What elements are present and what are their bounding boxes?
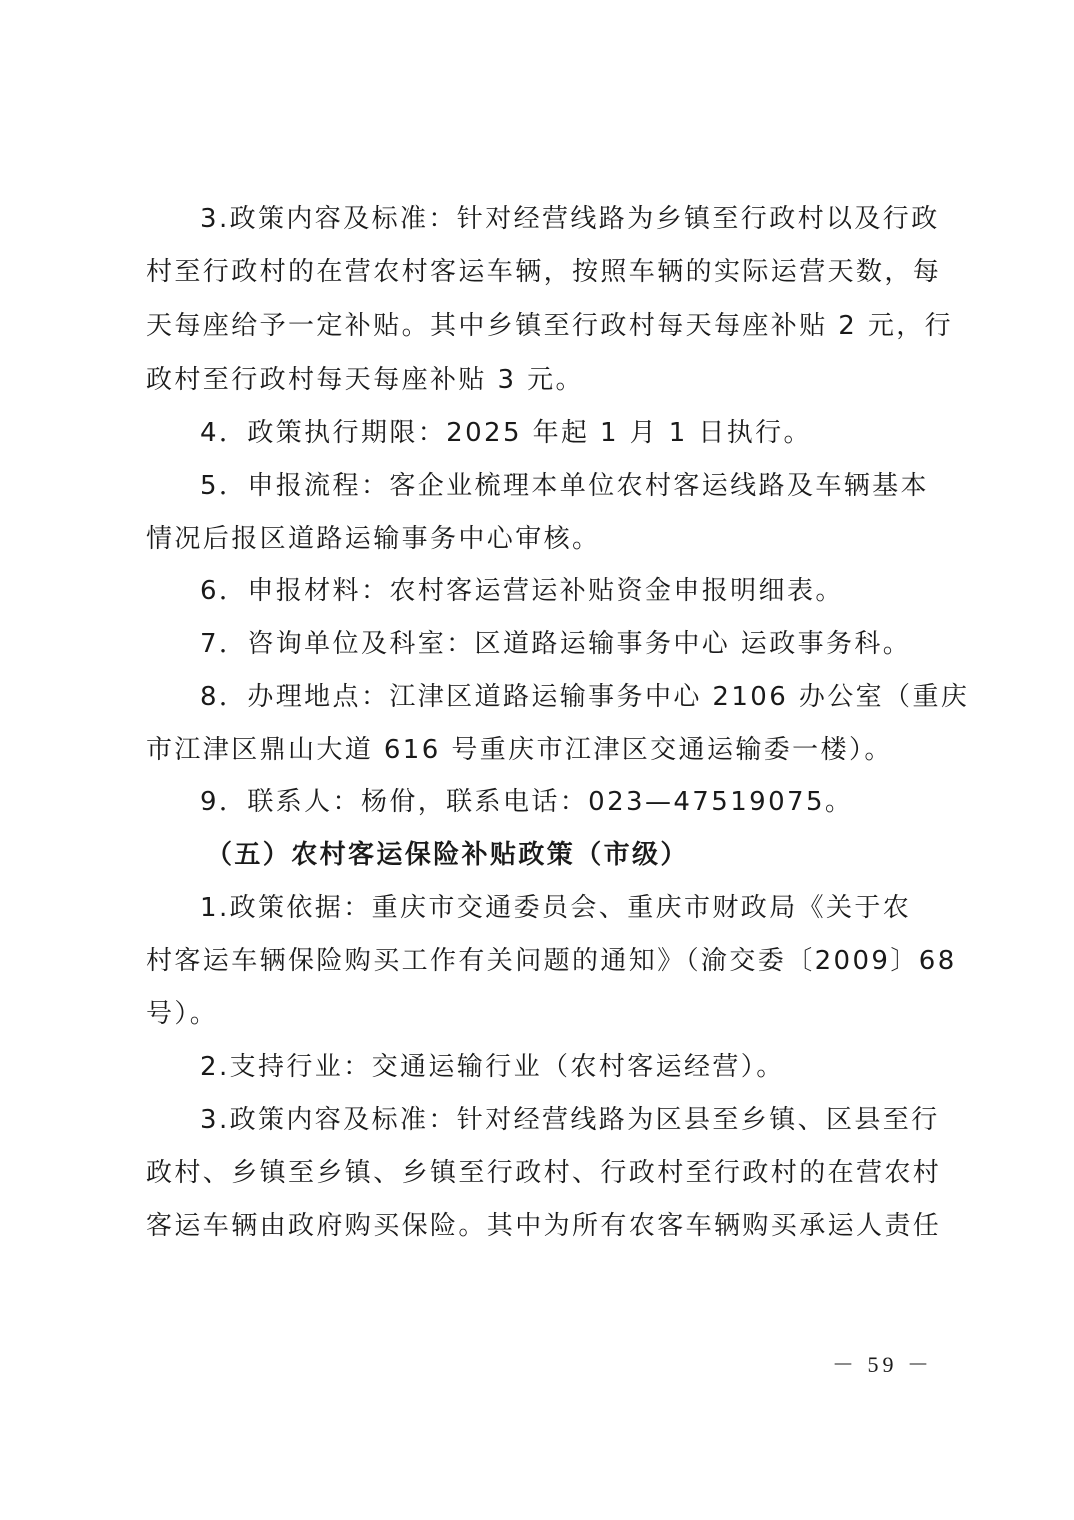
paragraph-line: 1.政策依据：重庆市交通委员会、重庆市财政局《关于农 (200, 888, 1000, 928)
paragraph-line: 3.政策内容及标准：针对经营线路为区县至乡镇、区县至行 (200, 1100, 1000, 1140)
paragraph-line: 4．政策执行期限：2025 年起 1 月 1 日执行。 (200, 413, 1000, 453)
paragraph-line: 7．咨询单位及科室：区道路运输事务中心 运政事务科。 (200, 624, 1000, 664)
paragraph-line: 6．申报材料：农村客运营运补贴资金申报明细表。 (200, 571, 1000, 611)
paragraph-line: 客运车辆由政府购买保险。其中为所有农客车辆购买承运人责任 (146, 1206, 946, 1246)
paragraph-line: 天每座给予一定补贴。其中乡镇至行政村每天每座补贴 2 元，行 (146, 306, 946, 346)
paragraph-line: 8．办理地点：江津区道路运输事务中心 2106 办公室（重庆 (200, 677, 1000, 717)
paragraph-line: 5．申报流程：客企业梳理本单位农村客运线路及车辆基本 (200, 466, 1000, 506)
paragraph-line: 情况后报区道路运输事务中心审核。 (146, 519, 946, 559)
paragraph-line: 政村至行政村每天每座补贴 3 元。 (146, 360, 946, 400)
paragraph-line: 9．联系人：杨佾，联系电话：023—47519075。 (200, 782, 1000, 822)
paragraph-line: 村客运车辆保险购买工作有关问题的通知》（渝交委〔2009〕68 (146, 941, 946, 981)
paragraph-line: 市江津区鼎山大道 616 号重庆市江津区交通运输委一楼）。 (146, 730, 946, 770)
paragraph-line: 号）。 (146, 994, 946, 1034)
page-number: － 59 － (832, 1348, 933, 1379)
paragraph-line: 政村、乡镇至乡镇、乡镇至行政村、行政村至行政村的在营农村 (146, 1153, 946, 1193)
section-heading: （五）农村客运保险补贴政策（市级） (206, 835, 1006, 875)
paragraph-line: 2.支持行业：交通运输行业（农村客运经营）。 (200, 1047, 1000, 1087)
document-page: 3.政策内容及标准：针对经营线路为乡镇至行政村以及行政 村至行政村的在营农村客运… (0, 0, 1074, 1520)
paragraph-line: 村至行政村的在营农村客运车辆，按照车辆的实际运营天数，每 (146, 252, 946, 292)
paragraph-line: 3.政策内容及标准：针对经营线路为乡镇至行政村以及行政 (200, 199, 1000, 239)
